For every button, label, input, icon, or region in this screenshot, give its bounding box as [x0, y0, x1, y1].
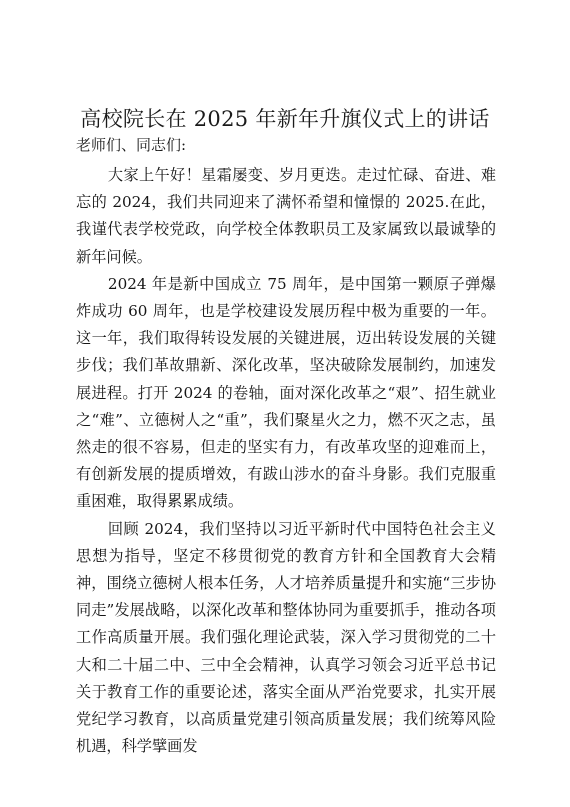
salutation: 老师们、同志们:: [76, 133, 186, 157]
paragraph-greeting: 大家上午好！星霜屡变、岁月更迭。走过忙碌、奋进、难忘的 2024，我们共同迎来了…: [76, 162, 496, 271]
document-body: 大家上午好！星霜屡变、岁月更迭。走过忙碌、奋进、难忘的 2024，我们共同迎来了…: [76, 162, 496, 760]
document-page: 高校院长在 2025 年新年升旗仪式上的讲话 老师们、同志们: 大家上午好！星霜…: [0, 0, 570, 807]
paragraph-2024-review: 2024 年是新中国成立 75 周年，是中国第一颗原子弹爆炸成功 60 周年，也…: [76, 271, 496, 516]
document-title: 高校院长在 2025 年新年升旗仪式上的讲话: [0, 104, 570, 134]
paragraph-achievements: 回顾 2024，我们坚持以习近平新时代中国特色社会主义思想为指导，坚定不移贯彻党…: [76, 516, 496, 761]
